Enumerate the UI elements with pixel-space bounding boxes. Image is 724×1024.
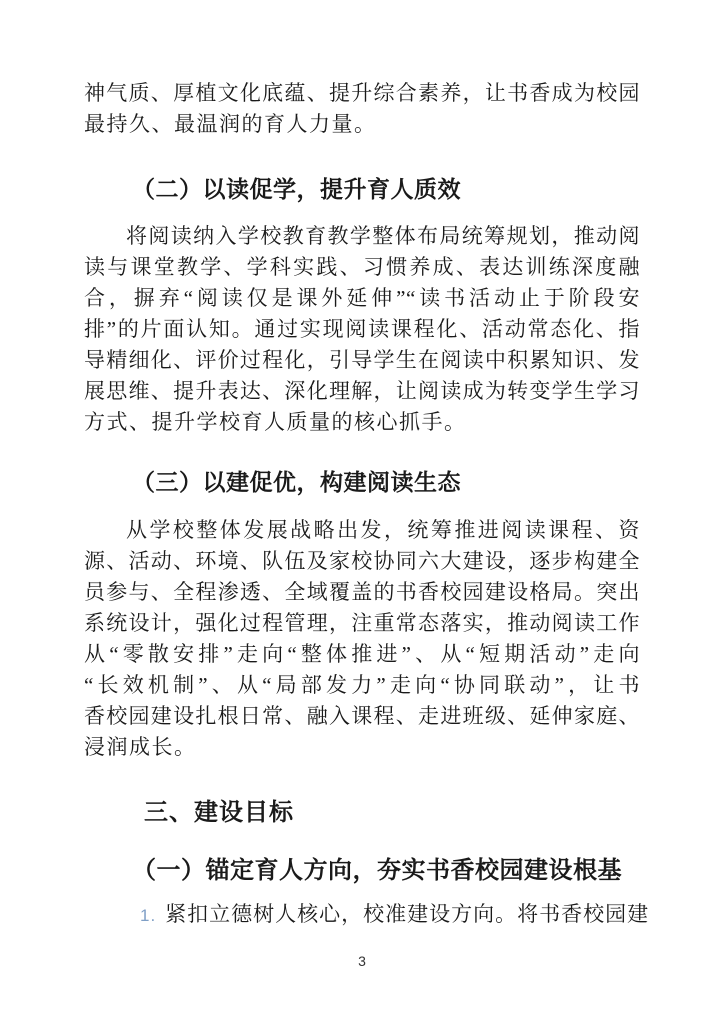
paragraph-line: 将阅读纳入学校教育教学整体布局统筹规划，推动阅 [84, 221, 640, 252]
paragraph-line: 合，摒弃“阅读仅是课外延伸”“读书活动止于阶段安 [84, 283, 640, 314]
section-heading-build-promotes-excellence: （三）以建促优，构建阅读生态 [84, 466, 640, 498]
document-page: 神气质、厚植文化底蕴、提升综合素养，让书香成为校园 最持久、最温润的育人力量。 … [0, 0, 724, 1024]
paragraph-line: 展思维、提升表达、深化理解，让阅读成为转变学生学习 [84, 376, 640, 407]
chapter-heading-construction-goals: 三、建设目标 [84, 797, 640, 829]
section-heading-read-promotes-learning: （二）以读促学，提升育人质效 [84, 173, 640, 205]
paragraph-line: 员参与、全程渗透、全域覆盖的书香校园建设格局。突出 [84, 577, 640, 608]
paragraph-line: 方式、提升学校育人质量的核心抓手。 [84, 407, 640, 438]
page-number: 3 [0, 953, 724, 969]
paragraph-line: 从学校整体发展战略出发，统筹推进阅读课程、资 [84, 515, 640, 546]
paragraph-line: 排”的片面认知。通过实现阅读课程化、活动常态化、指 [84, 314, 640, 345]
paragraph-line: 从“零散安排”走向“整体推进”、从“短期活动”走向 [84, 639, 640, 670]
paragraph-line: 读与课堂教学、学科实践、习惯养成、表达训练深度融 [84, 252, 640, 283]
section-heading-anchor-education-direction: （一）锚定育人方向，夯实书香校园建设根基 [84, 855, 640, 887]
paragraph-line: “长效机制”、从“局部发力”走向“协同联动”，让书 [84, 670, 640, 701]
paragraph-read-promotes-learning: 将阅读纳入学校教育教学整体布局统筹规划，推动阅 读与课堂教学、学科实践、习惯养成… [84, 221, 640, 438]
list-item: 1.紧扣立德树人核心，校准建设方向。将书香校园建 [84, 899, 640, 931]
paragraph-line: 神气质、厚植文化底蕴、提升综合素养，让书香成为校园 [84, 78, 640, 109]
paragraph-line: 香校园建设扎根日常、融入课程、走进班级、延伸家庭、 [84, 701, 640, 732]
paragraph-line: 源、活动、环境、队伍及家校协同六大建设，逐步构建全 [84, 546, 640, 577]
list-number: 1. [140, 906, 156, 925]
paragraph-line: 最持久、最温润的育人力量。 [84, 109, 640, 140]
document-body: 神气质、厚植文化底蕴、提升综合素养，让书香成为校园 最持久、最温润的育人力量。 … [84, 78, 640, 931]
paragraph-line: 导精细化、评价过程化，引导学生在阅读中积累知识、发 [84, 345, 640, 376]
paragraph-line: 浸润成长。 [84, 732, 640, 763]
paragraph-intro: 神气质、厚植文化底蕴、提升综合素养，让书香成为校园 最持久、最温润的育人力量。 [84, 78, 640, 140]
list-item-text: 紧扣立德树人核心，校准建设方向。将书香校园建 [165, 902, 649, 926]
paragraph-build-promotes-excellence: 从学校整体发展战略出发，统筹推进阅读课程、资 源、活动、环境、队伍及家校协同六大… [84, 515, 640, 763]
paragraph-line: 系统设计，强化过程管理，注重常态落实，推动阅读工作 [84, 608, 640, 639]
